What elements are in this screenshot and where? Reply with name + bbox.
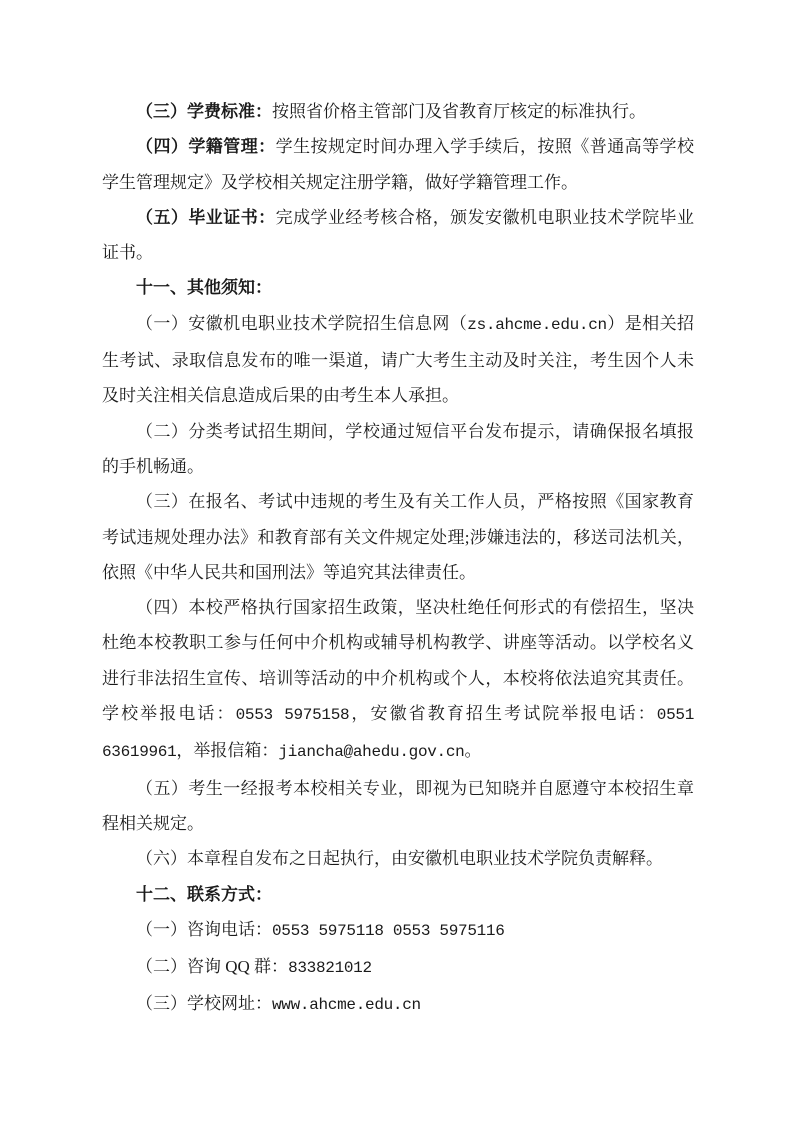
paragraph: （六）本章程自发布之日起执行，由安徽机电职业技术学院负责解释。 [102,841,694,876]
paragraph: （四）本校严格执行国家招生政策，坚决杜绝任何形式的有偿招生，坚决杜绝本校教职工参… [102,590,694,770]
bold-label: 十二、联系方式： [136,885,272,904]
paragraph: （五）毕业证书：完成学业经考核合格，颁发安徽机电职业技术学院毕业证书。 [102,200,694,271]
bold-label: （三）学费标准： [136,102,272,121]
text-run: （二）分类考试招生期间，学校通过短信平台发布提示，请确保报名填报的手机畅通。 [102,422,694,476]
paragraph: （三）学费标准：按照省价格主管部门及省教育厅核定的标准执行。 [102,94,694,129]
paragraph: （三）学校网址：www.ahcme.edu.cn [102,986,694,1023]
text-run: ，安徽省教育招生考试院举报电话： [349,704,656,723]
text-run: （一）咨询电话： [136,920,272,939]
paragraph: （二）咨询 QQ 群：833821012 [102,949,694,986]
paragraph: （三）在报名、考试中违规的考生及有关工作人员，严格按照《国家教育考试违规处理办法… [102,484,694,590]
text-run: ，举报信箱： [176,741,278,760]
text-run: （一）安徽机电职业技术学院招生信息网（ [136,314,467,333]
latin-text: 833821012 [288,959,372,977]
paragraph: （二）分类考试招生期间，学校通过短信平台发布提示，请确保报名填报的手机畅通。 [102,414,694,485]
document-body: （三）学费标准：按照省价格主管部门及省教育厅核定的标准执行。（四）学籍管理：学生… [102,94,694,1024]
section-heading: 十二、联系方式： [102,877,694,912]
document-page: （三）学费标准：按照省价格主管部门及省教育厅核定的标准执行。（四）学籍管理：学生… [0,0,800,1132]
latin-text: zs.ahcme.edu.cn [467,316,607,334]
bold-label: 十一、其他须知： [136,278,272,297]
text-run: （三）学校网址： [136,994,272,1013]
latin-text: jiancha@ahedu.gov.cn [278,743,464,761]
text-run: 。 [464,741,481,760]
paragraph: （五）考生一经报考本校相关专业，即视为已知晓并自愿遵守本校招生章程相关规定。 [102,771,694,842]
text-run: （三）在报名、考试中违规的考生及有关工作人员，严格按照《国家教育考试违规处理办法… [102,492,694,582]
paragraph: （一）咨询电话：0553 5975118 0553 5975116 [102,912,694,949]
text-run: （六）本章程自发布之日起执行，由安徽机电职业技术学院负责解释。 [136,849,663,868]
text-run: （五）考生一经报考本校相关专业，即视为已知晓并自愿遵守本校招生章程相关规定。 [102,779,694,833]
latin-text: www.ahcme.edu.cn [272,996,421,1014]
paragraph: （一）安徽机电职业技术学院招生信息网（zs.ahcme.edu.cn）是相关招生… [102,306,694,414]
latin-text: 0553 5975118 0553 5975116 [272,922,505,940]
text-run: （二）咨询 QQ 群： [136,957,288,976]
paragraph: （四）学籍管理：学生按规定时间办理入学手续后，按照《普通高等学校学生管理规定》及… [102,129,694,200]
bold-label: （四）学籍管理： [136,137,276,156]
text-run: 按照省价格主管部门及省教育厅核定的标准执行。 [272,102,646,121]
section-heading: 十一、其他须知： [102,270,694,305]
bold-label: （五）毕业证书： [136,208,276,227]
latin-text: 0553 5975158 [236,706,350,724]
